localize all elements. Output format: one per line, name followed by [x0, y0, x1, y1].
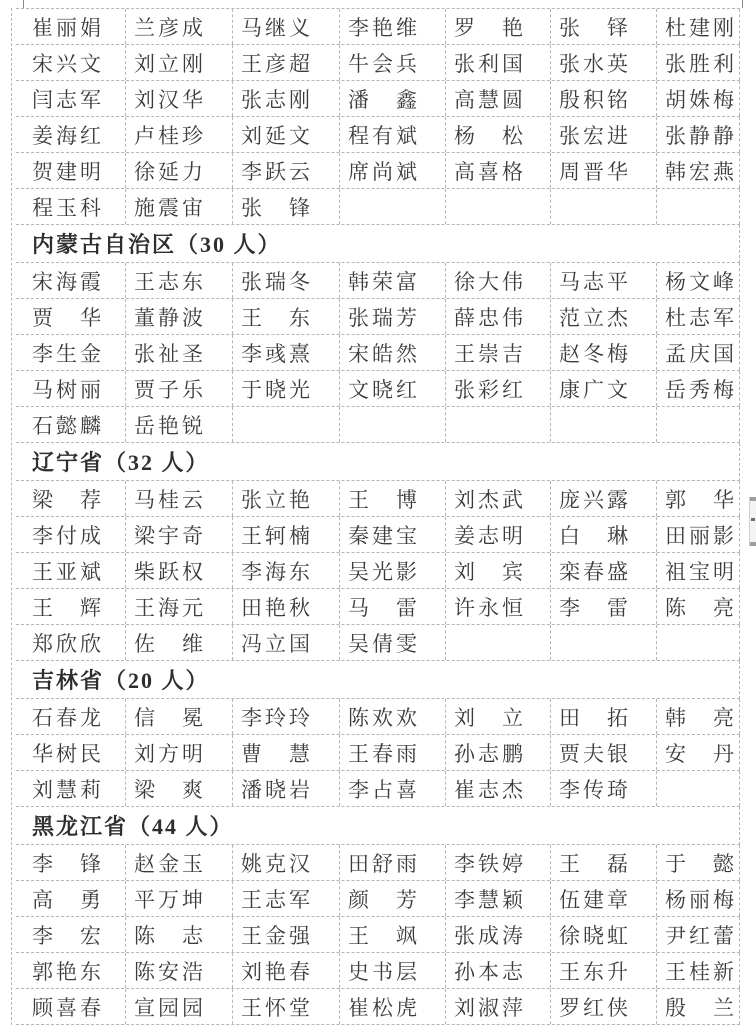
name-cell: 王 东: [233, 299, 340, 334]
table-row: 王亚斌柴跃权李海东吴光影刘 宾栾春盛祖宝明: [16, 553, 740, 589]
name-cell: 吴光影: [340, 553, 446, 588]
name-cell: 徐晓虹: [551, 917, 657, 952]
previous-row-border-fragment-right: [742, 0, 743, 8]
name-cell: 韩荣富: [340, 263, 446, 298]
name-cell: 陈安浩: [126, 953, 233, 988]
table-row: 姜海红卢桂珍刘延文程有斌杨 松张宏进张静静: [16, 117, 740, 153]
name-cell: 王 磊: [551, 845, 657, 880]
table-row: 程玉科施震宙张 锋: [16, 189, 740, 225]
name-cell: 李彧熹: [233, 335, 340, 370]
name-cell: 张立艳: [233, 481, 340, 516]
name-cell: 田 拓: [551, 699, 657, 734]
name-cell: 刘 立: [446, 699, 551, 734]
name-cell: 韩宏燕: [657, 153, 740, 188]
table-row: 李 锋赵金玉姚克汉田舒雨李铁婷王 磊于 懿: [16, 845, 740, 881]
name-cell: 张 铎: [551, 9, 657, 44]
name-cell: 薛忠伟: [446, 299, 551, 334]
name-cell: 潘 鑫: [340, 81, 446, 116]
table-row: 石懿麟岳艳锐: [16, 407, 740, 443]
name-cell: 杨 松: [446, 117, 551, 152]
name-cell: 马树丽: [16, 371, 126, 406]
name-cell: 柴跃权: [126, 553, 233, 588]
name-cell: 刘延文: [233, 117, 340, 152]
name-cell: 田艳秋: [233, 589, 340, 624]
name-cell: 张瑞芳: [340, 299, 446, 334]
table-row: 贺建明徐延力李跃云席尚斌高喜格周晋华韩宏燕: [16, 153, 740, 189]
name-cell: [657, 407, 740, 442]
name-cell: 祖宝明: [657, 553, 740, 588]
name-cell: 于晓光: [233, 371, 340, 406]
name-cell: [657, 625, 740, 660]
name-cell: 高喜格: [446, 153, 551, 188]
name-cell: 马志平: [551, 263, 657, 298]
name-cell: 宣园园: [126, 989, 233, 1024]
name-cell: 李传琦: [551, 771, 657, 806]
name-cell: 李艳维: [340, 9, 446, 44]
name-cell: 信 冕: [126, 699, 233, 734]
province-header: 辽宁省（32 人）: [16, 443, 740, 481]
province-header: 黑龙江省（44 人）: [16, 807, 740, 845]
name-cell: 李 宏: [16, 917, 126, 952]
name-cell: 刘汉华: [126, 81, 233, 116]
table-row: 李生金张祉圣李彧熹宋皓然王崇吉赵冬梅孟庆国: [16, 335, 740, 371]
name-cell: 田丽影: [657, 517, 740, 552]
name-cell: 姚克汉: [233, 845, 340, 880]
name-cell: [446, 189, 551, 224]
name-cell: 陈欢欢: [340, 699, 446, 734]
table-row: 宋兴文刘立刚王彦超牛会兵张利国张水英张胜利: [16, 45, 740, 81]
name-cell: 陈 亮: [657, 589, 740, 624]
name-cell: 张静静: [657, 117, 740, 152]
name-cell: 王东升: [551, 953, 657, 988]
name-cell: 高 勇: [16, 881, 126, 916]
name-cell: 李慧颖: [446, 881, 551, 916]
name-cell: 杜建刚: [657, 9, 740, 44]
name-cell: 刘 宾: [446, 553, 551, 588]
name-cell: 王春雨: [340, 735, 446, 770]
name-cell: 胡姝梅: [657, 81, 740, 116]
name-cell: 徐大伟: [446, 263, 551, 298]
name-cell: 张祉圣: [126, 335, 233, 370]
name-cell: 贾 华: [16, 299, 126, 334]
name-cell: 王志东: [126, 263, 233, 298]
name-cell: 岳艳锐: [126, 407, 233, 442]
vertical-scrollbar-fragment[interactable]: [749, 497, 756, 546]
name-cell: 秦建宝: [340, 517, 446, 552]
name-cell: 李生金: [16, 335, 126, 370]
scrollbar-cap-bottom: [750, 542, 756, 546]
name-cell: 闫志军: [16, 81, 126, 116]
name-cell: 张 锋: [233, 189, 340, 224]
name-cell: 崔志杰: [446, 771, 551, 806]
name-cell: 王志军: [233, 881, 340, 916]
name-cell: 韩 亮: [657, 699, 740, 734]
name-cell: 郭 华: [657, 481, 740, 516]
name-cell: 李 锋: [16, 845, 126, 880]
name-cell: 王 博: [340, 481, 446, 516]
name-cell: 顾喜春: [16, 989, 126, 1024]
table-row: 马树丽贾子乐于晓光文晓红张彩红康广文岳秀梅: [16, 371, 740, 407]
name-cell: 贾夫银: [551, 735, 657, 770]
name-cell: 张利国: [446, 45, 551, 80]
name-cell: 佐 维: [126, 625, 233, 660]
table-row: 刘慧莉梁 爽潘晓岩李占喜崔志杰李传琦: [16, 771, 740, 807]
name-cell: 范立杰: [551, 299, 657, 334]
name-cell: 刘方明: [126, 735, 233, 770]
name-cell: 伍建章: [551, 881, 657, 916]
name-cell: 文晓红: [340, 371, 446, 406]
name-cell: 姜海红: [16, 117, 126, 152]
name-cell: 杨丽梅: [657, 881, 740, 916]
names-table: 崔丽娟兰彦成马继义李艳维罗 艳张 铎杜建刚宋兴文刘立刚王彦超牛会兵张利国张水英张…: [16, 8, 740, 1025]
name-cell: [657, 771, 740, 806]
name-cell: 牛会兵: [340, 45, 446, 80]
name-cell: 李 雷: [551, 589, 657, 624]
name-cell: 李海东: [233, 553, 340, 588]
name-cell: 梁宇奇: [126, 517, 233, 552]
name-cell: 冯立国: [233, 625, 340, 660]
name-cell: [551, 625, 657, 660]
name-cell: 许永恒: [446, 589, 551, 624]
name-cell: 席尚斌: [340, 153, 446, 188]
name-cell: 张志刚: [233, 81, 340, 116]
name-cell: 李付成: [16, 517, 126, 552]
name-cell: 徐延力: [126, 153, 233, 188]
table-row: 高 勇平万坤王志军颜 芳李慧颖伍建章杨丽梅: [16, 881, 740, 917]
name-cell: 王金强: [233, 917, 340, 952]
name-cell: 郭艳东: [16, 953, 126, 988]
name-cell: 宋皓然: [340, 335, 446, 370]
name-cell: 史书层: [340, 953, 446, 988]
name-cell: 王桂新: [657, 953, 740, 988]
name-cell: [657, 189, 740, 224]
name-cell: 李占喜: [340, 771, 446, 806]
name-cell: 殷积铭: [551, 81, 657, 116]
table-row: 梁 荐马桂云张立艳王 博刘杰武庞兴露郭 华: [16, 481, 740, 517]
name-cell: 卢桂珍: [126, 117, 233, 152]
province-header: 吉林省（20 人）: [16, 661, 740, 699]
name-cell: 康广文: [551, 371, 657, 406]
scrollbar-cap-top: [750, 497, 756, 501]
name-cell: 宋海霞: [16, 263, 126, 298]
name-cell: 殷 兰: [657, 989, 740, 1024]
name-cell: 潘晓岩: [233, 771, 340, 806]
name-cell: 李玲玲: [233, 699, 340, 734]
table-row: 顾喜春宣园园王怀堂崔松虎刘淑萍罗红侠殷 兰: [16, 989, 740, 1025]
name-cell: 安 丹: [657, 735, 740, 770]
name-cell: 罗红侠: [551, 989, 657, 1024]
name-cell: 王彦超: [233, 45, 340, 80]
name-cell: 张彩红: [446, 371, 551, 406]
name-cell: 刘杰武: [446, 481, 551, 516]
name-cell: 张水英: [551, 45, 657, 80]
name-cell: 孟庆国: [657, 335, 740, 370]
name-cell: [233, 407, 340, 442]
name-cell: 王 辉: [16, 589, 126, 624]
name-cell: 马继义: [233, 9, 340, 44]
name-cell: 曹 慧: [233, 735, 340, 770]
table-row: 华树民刘方明曹 慧王春雨孙志鹏贾夫银安 丹: [16, 735, 740, 771]
name-cell: 王崇吉: [446, 335, 551, 370]
table-row: 贾 华董静波王 东张瑞芳薛忠伟范立杰杜志军: [16, 299, 740, 335]
name-cell: 颜 芳: [340, 881, 446, 916]
name-cell: 杜志军: [657, 299, 740, 334]
name-cell: 王怀堂: [233, 989, 340, 1024]
name-cell: 孙本志: [446, 953, 551, 988]
name-cell: 田舒雨: [340, 845, 446, 880]
name-cell: 尹红蕾: [657, 917, 740, 952]
name-cell: 施震宙: [126, 189, 233, 224]
name-cell: 兰彦成: [126, 9, 233, 44]
name-cell: 平万坤: [126, 881, 233, 916]
name-cell: [551, 407, 657, 442]
name-cell: 庞兴露: [551, 481, 657, 516]
name-cell: 姜志明: [446, 517, 551, 552]
name-cell: 贾子乐: [126, 371, 233, 406]
name-cell: 张宏进: [551, 117, 657, 152]
name-cell: 王亚斌: [16, 553, 126, 588]
previous-row-border-fragment-left: [23, 0, 24, 8]
province-header: 内蒙古自治区（30 人）: [16, 225, 740, 263]
name-cell: 于 懿: [657, 845, 740, 880]
name-cell: 程玉科: [16, 189, 126, 224]
table-row: 石春龙信 冕李玲玲陈欢欢刘 立田 拓韩 亮: [16, 699, 740, 735]
name-cell: 杨文峰: [657, 263, 740, 298]
name-cell: 白 琳: [551, 517, 657, 552]
name-cell: 李铁婷: [446, 845, 551, 880]
name-cell: [446, 625, 551, 660]
name-cell: 马桂云: [126, 481, 233, 516]
name-cell: 程有斌: [340, 117, 446, 152]
table-row: 崔丽娟兰彦成马继义李艳维罗 艳张 铎杜建刚: [16, 9, 740, 45]
table-row: 李 宏陈 志王金强王 飒张成涛徐晓虹尹红蕾: [16, 917, 740, 953]
name-cell: 崔丽娟: [16, 9, 126, 44]
name-cell: 王海元: [126, 589, 233, 624]
name-cell: 赵金玉: [126, 845, 233, 880]
name-cell: 罗 艳: [446, 9, 551, 44]
name-cell: [340, 189, 446, 224]
name-cell: 高慧圆: [446, 81, 551, 116]
scrollbar-grip: [751, 518, 755, 521]
name-cell: [551, 189, 657, 224]
name-cell: 石春龙: [16, 699, 126, 734]
name-cell: 王 飒: [340, 917, 446, 952]
table-row: 郭艳东陈安浩刘艳春史书层孙本志王东升王桂新: [16, 953, 740, 989]
name-cell: 周晋华: [551, 153, 657, 188]
name-cell: 刘立刚: [126, 45, 233, 80]
name-cell: 贺建明: [16, 153, 126, 188]
name-cell: 刘慧莉: [16, 771, 126, 806]
name-cell: [446, 407, 551, 442]
name-cell: 孙志鹏: [446, 735, 551, 770]
name-cell: 吴倩雯: [340, 625, 446, 660]
name-cell: 陈 志: [126, 917, 233, 952]
name-cell: 张瑞冬: [233, 263, 340, 298]
table-row: 李付成梁宇奇王轲楠秦建宝姜志明白 琳田丽影: [16, 517, 740, 553]
name-cell: 梁 荐: [16, 481, 126, 516]
name-cell: 刘淑萍: [446, 989, 551, 1024]
table-row: 闫志军刘汉华张志刚潘 鑫高慧圆殷积铭胡姝梅: [16, 81, 740, 117]
name-cell: 郑欣欣: [16, 625, 126, 660]
name-cell: 李跃云: [233, 153, 340, 188]
table-row: 宋海霞王志东张瑞冬韩荣富徐大伟马志平杨文峰: [16, 263, 740, 299]
name-cell: 赵冬梅: [551, 335, 657, 370]
name-cell: 栾春盛: [551, 553, 657, 588]
name-cell: 马 雷: [340, 589, 446, 624]
page-boundary-line-left: [11, 8, 12, 1025]
name-cell: 刘艳春: [233, 953, 340, 988]
name-cell: 董静波: [126, 299, 233, 334]
name-cell: 华树民: [16, 735, 126, 770]
name-cell: 王轲楠: [233, 517, 340, 552]
name-cell: 岳秀梅: [657, 371, 740, 406]
name-cell: 崔松虎: [340, 989, 446, 1024]
name-cell: [340, 407, 446, 442]
name-cell: 梁 爽: [126, 771, 233, 806]
name-cell: 张胜利: [657, 45, 740, 80]
table-row: 王 辉王海元田艳秋马 雷许永恒李 雷陈 亮: [16, 589, 740, 625]
name-cell: 宋兴文: [16, 45, 126, 80]
name-cell: 石懿麟: [16, 407, 126, 442]
table-row: 郑欣欣佐 维冯立国吴倩雯: [16, 625, 740, 661]
name-cell: 张成涛: [446, 917, 551, 952]
